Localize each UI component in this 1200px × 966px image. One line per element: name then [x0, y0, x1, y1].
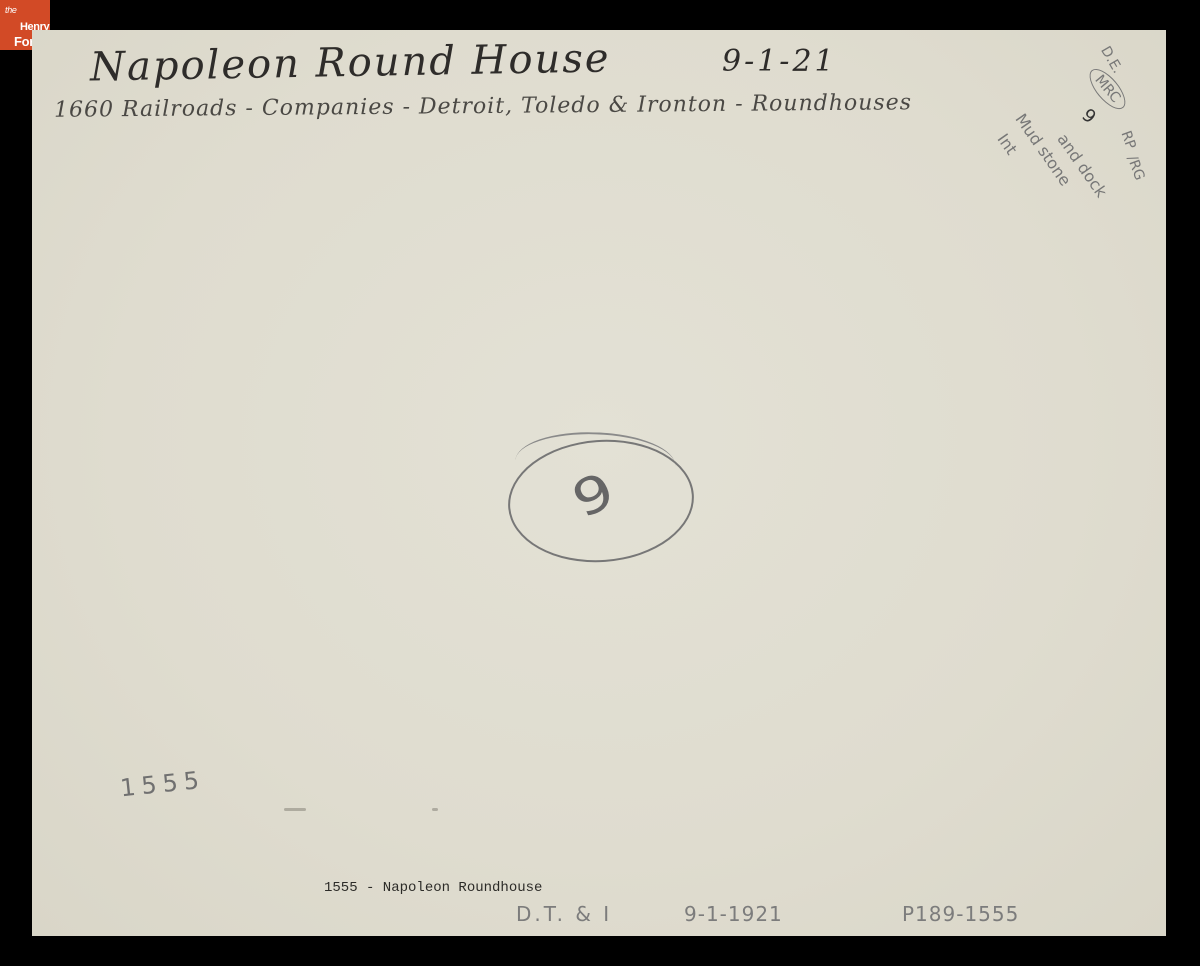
stamp-railroad: D.T. & I: [516, 902, 612, 926]
circled-number: 9: [504, 434, 698, 569]
handwritten-date: 9-1-21: [722, 44, 837, 79]
smudge-mark: [284, 808, 306, 811]
note-rg: /RG: [1124, 153, 1148, 182]
typed-caption: 1555 - Napoleon Roundhouse: [324, 880, 542, 896]
smudge-mark: [432, 808, 438, 811]
note-nine: 9: [1078, 105, 1100, 128]
handwritten-title: Napoleon Round House: [90, 35, 611, 90]
margin-notes: D.E. MRC 9 RP /RG Mud stone and dock Int: [997, 50, 1167, 270]
stamp-catalog-number: P189-1555: [902, 902, 1019, 926]
pencil-number: 1555: [119, 766, 207, 803]
logo-the: the: [5, 5, 17, 15]
note-rp: RP: [1117, 129, 1138, 152]
stamp-date: 9-1-1921: [684, 902, 783, 926]
note-line-3: Int: [993, 130, 1021, 158]
photo-verso-paper: Napoleon Round House 9-1-21 1660 Railroa…: [32, 30, 1166, 936]
handwritten-subject: 1660 Railroads - Companies - Detroit, To…: [54, 90, 912, 122]
